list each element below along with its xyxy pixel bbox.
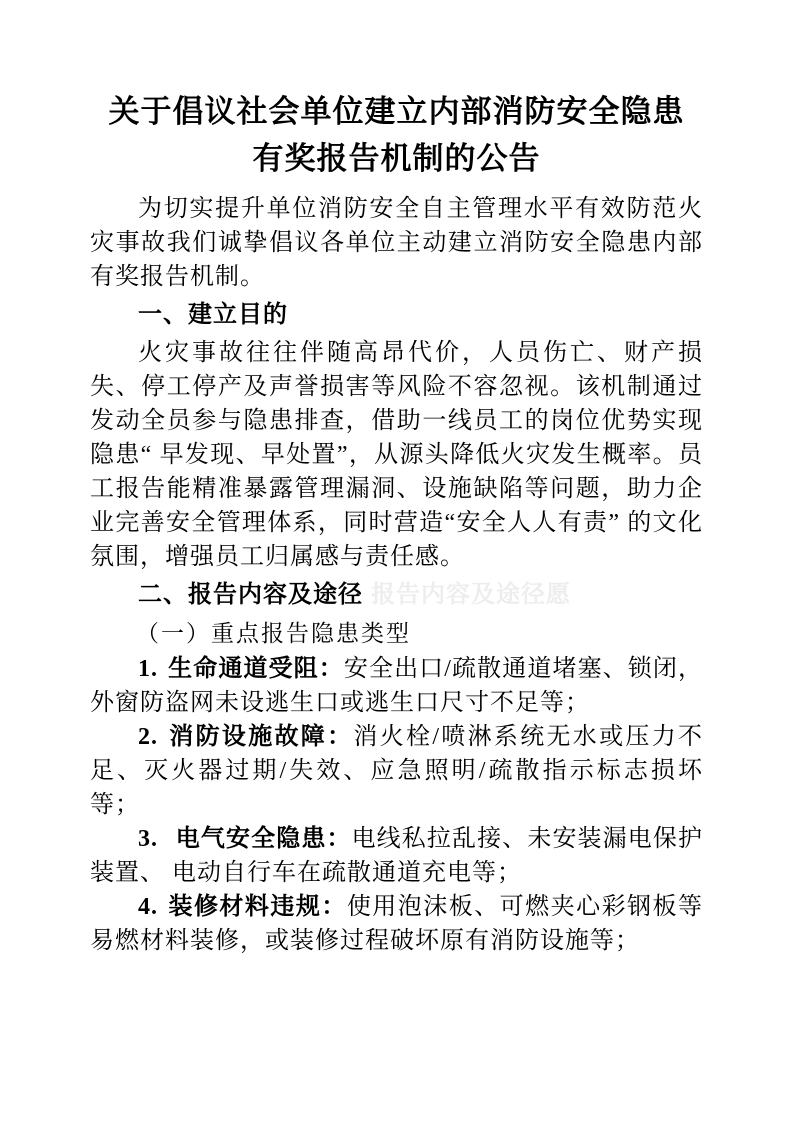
document-title: 关于倡议社会单位建立内部消防安全隐患 有奖报告机制的公告 [90,88,703,182]
hazard-item-1: 1.生命通道受阻：安全出口/疏散通道堵塞、锁闭，外窗防盗网未设逃生口或逃生口尺寸… [90,652,703,720]
section2-heading-text: 二、报告内容及途径 [138,581,363,608]
hazard-item-4-label: 装修材料违规： [168,893,347,920]
hazard-item-1-number: 1. [138,656,168,682]
section2-heading: 二、报告内容及途径报告内容及途径愿 [90,578,703,612]
hazard-item-2-label: 消防设施故障： [168,723,353,750]
document-title-line2: 有奖报告机制的公告 [90,135,703,182]
section1-heading: 一、建立目的 [90,298,703,332]
hazard-item-3: 3. 电气安全隐患：电线私拉乱接、未安装漏电保护装置、 电动自行车在疏散通道充电… [90,822,703,890]
hazard-item-3-number: 3. [138,826,168,852]
document-page: 关于倡议社会单位建立内部消防安全隐患 有奖报告机制的公告 为切实提升单位消防安全… [0,0,793,1122]
hazard-item-4-number: 4. [138,894,168,920]
hazard-item-2-number: 2. [138,724,168,750]
intro-paragraph: 为切实提升单位消防安全自主管理水平有效防范火灾事故我们诚挚倡议各单位主动建立消防… [90,192,703,294]
section2-heading-ghost-text: 报告内容及途径愿 [363,581,571,608]
hazard-item-4: 4.装修材料违规：使用泡沫板、可燃夹心彩钢板等易燃材料装修，或装修过程破坏原有消… [90,890,703,958]
hazard-item-1-label: 生命通道受阻： [168,655,344,682]
hazard-item-2: 2.消防设施故障：消火栓/喷淋系统无水或压力不足、灭火器过期/失效、应急照明/疏… [90,720,703,822]
section2-subheading: （一）重点报告隐患类型 [90,616,703,652]
section1-body-paragraph: 火灾事故往往伴随高昂代价，人员伤亡、财产损失、停工停产及声誉损害等风险不容忽视。… [90,336,703,574]
document-title-line1: 关于倡议社会单位建立内部消防安全隐患 [90,88,703,135]
hazard-item-3-label: 电气安全隐患： [168,825,352,852]
